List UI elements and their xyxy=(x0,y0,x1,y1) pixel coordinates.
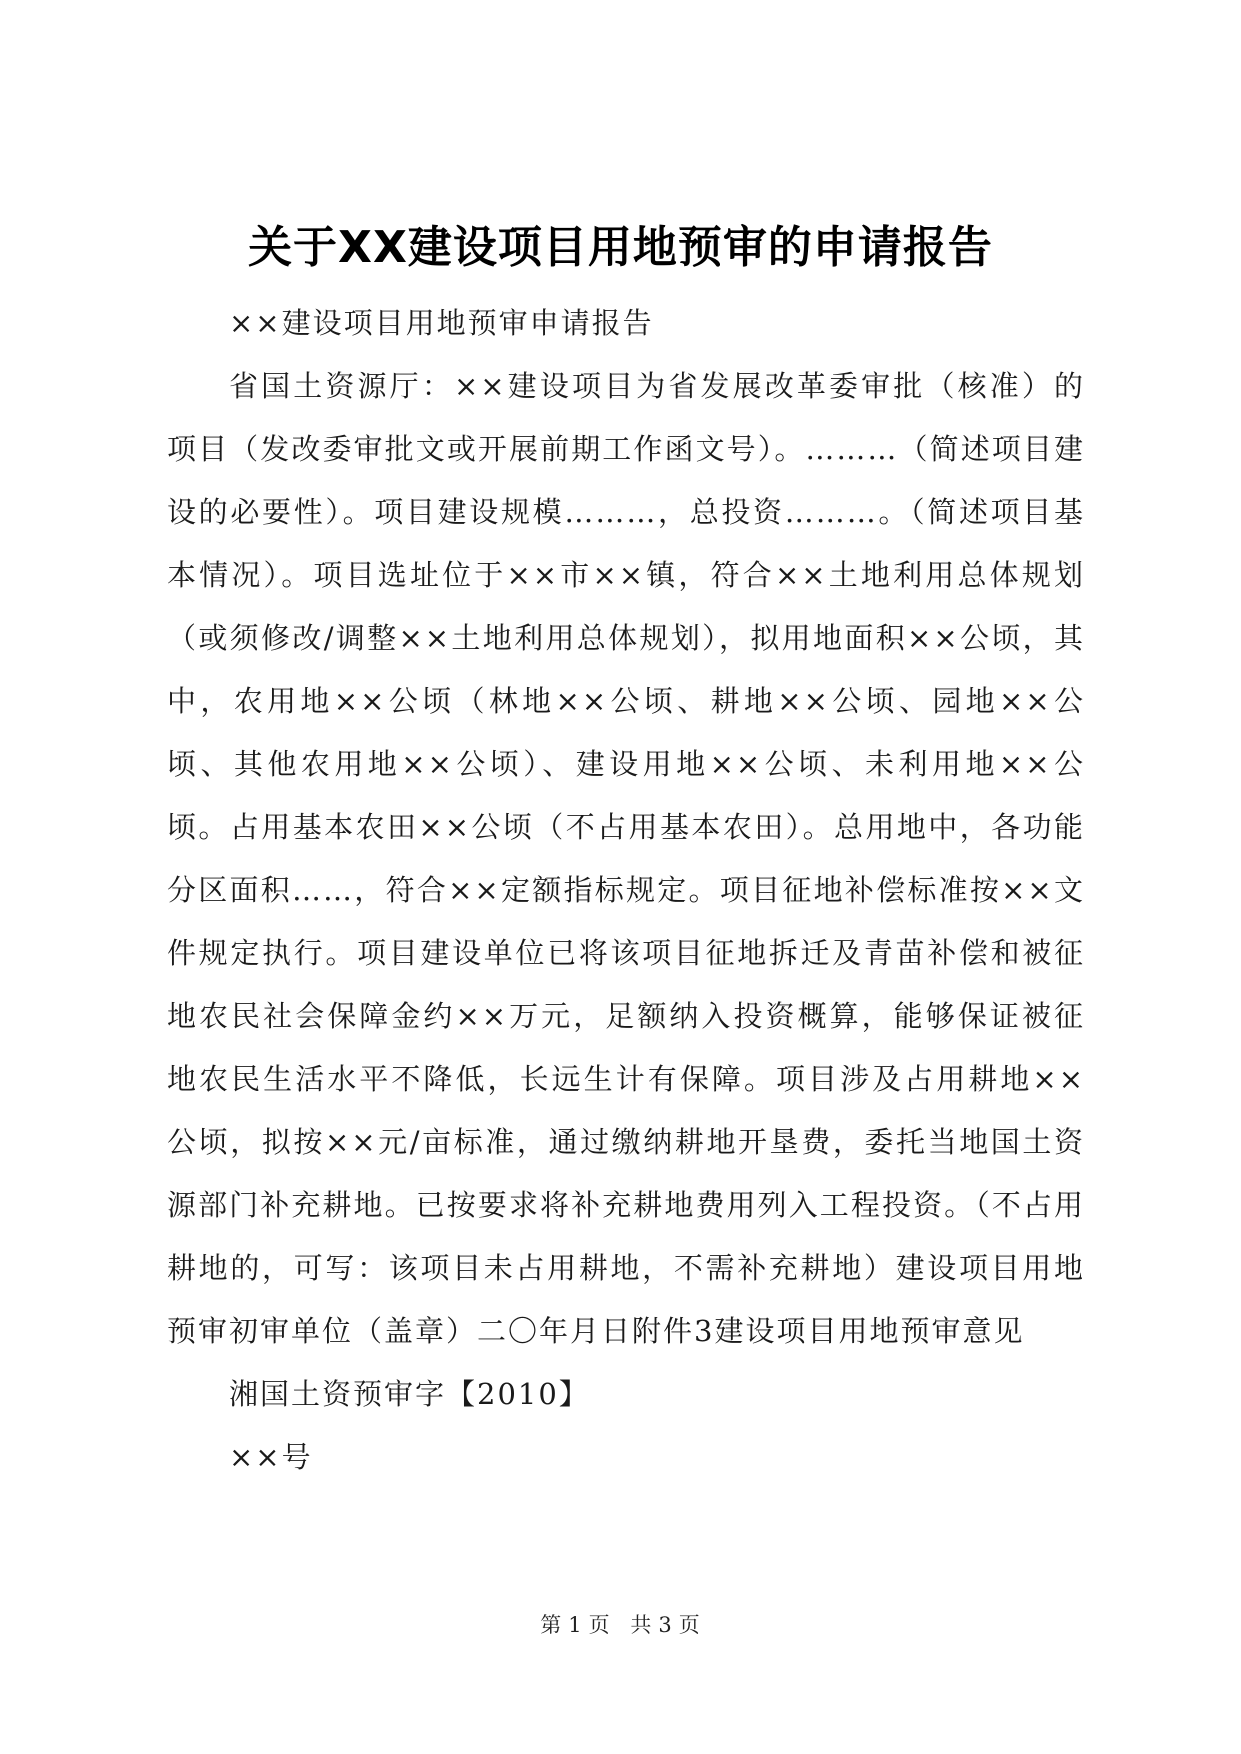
total-prefix-label: 共 xyxy=(630,1613,652,1637)
paragraph-reference-number: 湘国土资预审字【2010】 xyxy=(167,1363,1085,1426)
paragraph-subheading: ××建设项目用地预审申请报告 xyxy=(167,292,1085,355)
document-page: 关于XX建设项目用地预审的申请报告 ××建设项目用地预审申请报告 省国土资源厅：… xyxy=(0,0,1241,1754)
document-title: 关于XX建设项目用地预审的申请报告 xyxy=(0,218,1241,278)
page-footer: 第1页 共3页 xyxy=(0,1610,1241,1640)
document-body: ××建设项目用地预审申请报告 省国土资源厅：××建设项目为省发展改革委审批（核准… xyxy=(167,292,1085,1489)
total-pages-indicator: 共3页 xyxy=(627,1613,703,1637)
paragraph-document-number: ××号 xyxy=(167,1426,1085,1489)
paragraph-main-body: 省国土资源厅：××建设项目为省发展改革委审批（核准）的项目（发改委审批文或开展前… xyxy=(167,355,1085,1363)
page-number-indicator: 第1页 xyxy=(537,1613,613,1637)
total-pages-number: 3 xyxy=(658,1613,672,1637)
page-prefix-label: 第 xyxy=(540,1613,562,1637)
page-suffix-label: 页 xyxy=(589,1613,611,1637)
current-page-number: 1 xyxy=(568,1613,582,1637)
total-suffix-label: 页 xyxy=(679,1613,701,1637)
